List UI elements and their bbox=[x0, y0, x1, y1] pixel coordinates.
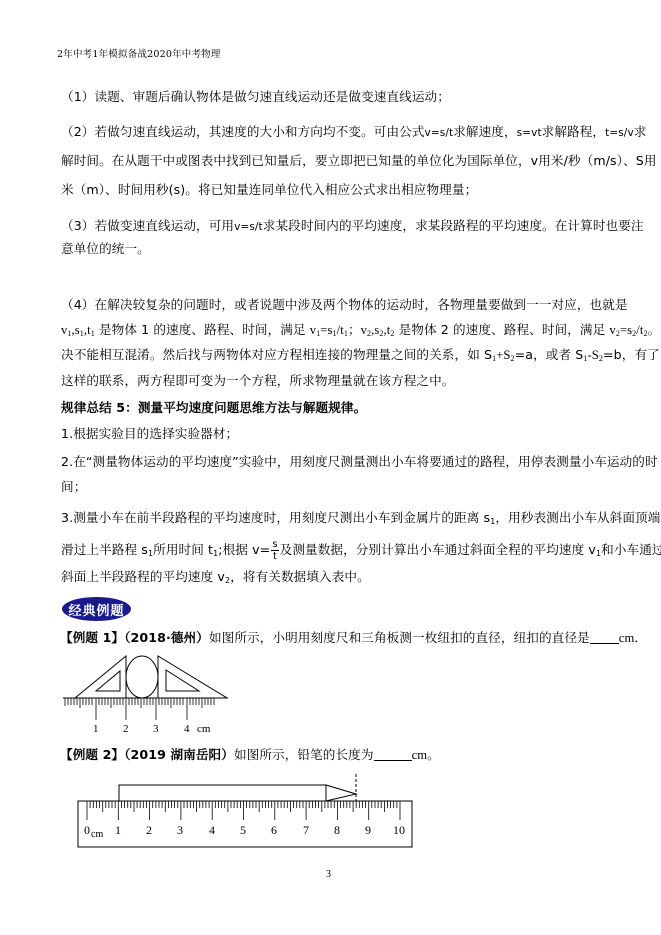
formula-t: t=s/v bbox=[605, 127, 634, 139]
paragraph-4-line-1: （4）在解决较复杂的问题时，或者说题中涉及两个物体的运动时，各物理量要做到一一对… bbox=[61, 297, 628, 313]
classic-examples-badge: 经典例题 bbox=[62, 597, 131, 621]
paragraph-2-line-3: 米（m）、时间用秒(s)。将已知量连同单位代入相应公式求出相应物理量； bbox=[61, 182, 477, 198]
example-2-source: （2019 湖南岳阳） bbox=[124, 747, 234, 762]
paragraph-2-line-1: （2）若做匀速直线运动，其速度的大小和方向均不变。可由公式v=s/t求解速度，s… bbox=[61, 124, 646, 141]
svg-text:6: 6 bbox=[271, 823, 277, 837]
paragraph-1: （1）读题、审题后确认物体是做匀速直线运动还是做变速直线运动； bbox=[61, 89, 450, 105]
example-2-tag: 【例题 2】 bbox=[60, 747, 124, 762]
rule-5-title: 规律总结 5：测量平均速度问题思维方法与解题规律。 bbox=[61, 400, 366, 416]
paragraph-4-line-4: 这样的联系，两方程即可变为一个方程，所求物理量就在该方程之中。 bbox=[61, 373, 455, 389]
paragraph-2-line-2: 解时间。在从题干中或图表中找到已知量后，要立即把已知量的单位化为国际单位，v用米… bbox=[61, 153, 657, 169]
answer-blank-2[interactable] bbox=[374, 748, 412, 761]
svg-text:4: 4 bbox=[184, 723, 190, 735]
example-2-question: 【例题 2】（2019 湖南岳阳）如图所示，铅笔的长度为cm。 bbox=[60, 747, 440, 763]
figure-2-pencil-ruler: 0 cm 1 2 3 4 5 6 7 8 9 10 bbox=[77, 774, 415, 850]
paragraph-3-line-1: （3）若做变速直线运动，可用v=s/t求某段时间内的平均速度，求某段路程的平均速… bbox=[61, 218, 644, 235]
rule-5-item-2-line-1: 2.在“测量物体运动的平均速度”实验中，用刻度尺测量测出小车将要通过的路程，用停… bbox=[61, 454, 658, 470]
answer-blank-1[interactable] bbox=[590, 631, 619, 644]
figure-1-ticks bbox=[65, 698, 214, 720]
example-1-tag: 【例题 1】 bbox=[60, 630, 124, 645]
paragraph-4-line-2: v1,s1,t1 是物体 1 的速度、路程、时间，满足 v1=s1/t1；v2,… bbox=[61, 322, 660, 338]
rule-5-item-3-line-3: 斜面上半段路程的平均速度 v2，将有关数据填入表中。 bbox=[61, 569, 370, 585]
svg-text:0: 0 bbox=[84, 823, 90, 837]
svg-text:8: 8 bbox=[334, 823, 340, 837]
rule-5-item-3-line-2: 滑过上半路程 s1所用时间 t1;根据 v=st及测量数据，分别计算出小车通过斜… bbox=[61, 539, 661, 562]
formula-fraction: st bbox=[271, 539, 278, 562]
paragraph-3-line-2: 意单位的统一。 bbox=[61, 241, 150, 257]
rule-5-item-3-line-1: 3.测量小车在前半段路程的平均速度时，用刻度尺测出小车到金属片的距离 s1，用秒… bbox=[61, 510, 660, 526]
svg-text:1: 1 bbox=[115, 823, 121, 837]
svg-text:3: 3 bbox=[177, 823, 183, 837]
rule-5-item-2-line-2: 间； bbox=[61, 479, 86, 495]
figure-2-ticks bbox=[87, 801, 400, 820]
example-1-source: （2018·德州） bbox=[124, 630, 209, 645]
formula-s: s=vt bbox=[517, 127, 542, 139]
page-header: 2年中考1年模拟备战2020年中考物理 bbox=[57, 46, 221, 60]
svg-text:4: 4 bbox=[209, 823, 215, 837]
document-page: 2年中考1年模拟备战2020年中考物理 （1）读题、审题后确认物体是做匀速直线运… bbox=[0, 0, 661, 935]
svg-text:7: 7 bbox=[303, 823, 309, 837]
svg-text:2: 2 bbox=[123, 723, 129, 735]
rule-5-item-1: 1.根据实验目的选择实验器材； bbox=[61, 426, 238, 442]
example-1-question: 【例题 1】（2018·德州）如图所示，小明用刻度尺和三角板测一枚纽扣的直径，纽… bbox=[60, 630, 647, 646]
svg-text:9: 9 bbox=[365, 823, 371, 837]
paragraph-4-line-3: 决不能相互混淆。然后找与两物体对应方程相连接的物理量之间的关系，如 S1+S2=… bbox=[61, 347, 660, 363]
svg-text:10: 10 bbox=[393, 823, 405, 837]
svg-text:3: 3 bbox=[153, 723, 159, 735]
svg-text:2: 2 bbox=[146, 823, 152, 837]
svg-text:cm: cm bbox=[91, 829, 103, 840]
formula-v: v=s/t bbox=[425, 127, 454, 139]
page-number: 3 bbox=[326, 869, 331, 880]
figure-1-ruler-triangles-button: 1 2 3 4 cm bbox=[63, 655, 228, 735]
svg-text:1: 1 bbox=[93, 723, 99, 735]
svg-text:cm: cm bbox=[197, 723, 211, 735]
svg-text:5: 5 bbox=[240, 823, 246, 837]
